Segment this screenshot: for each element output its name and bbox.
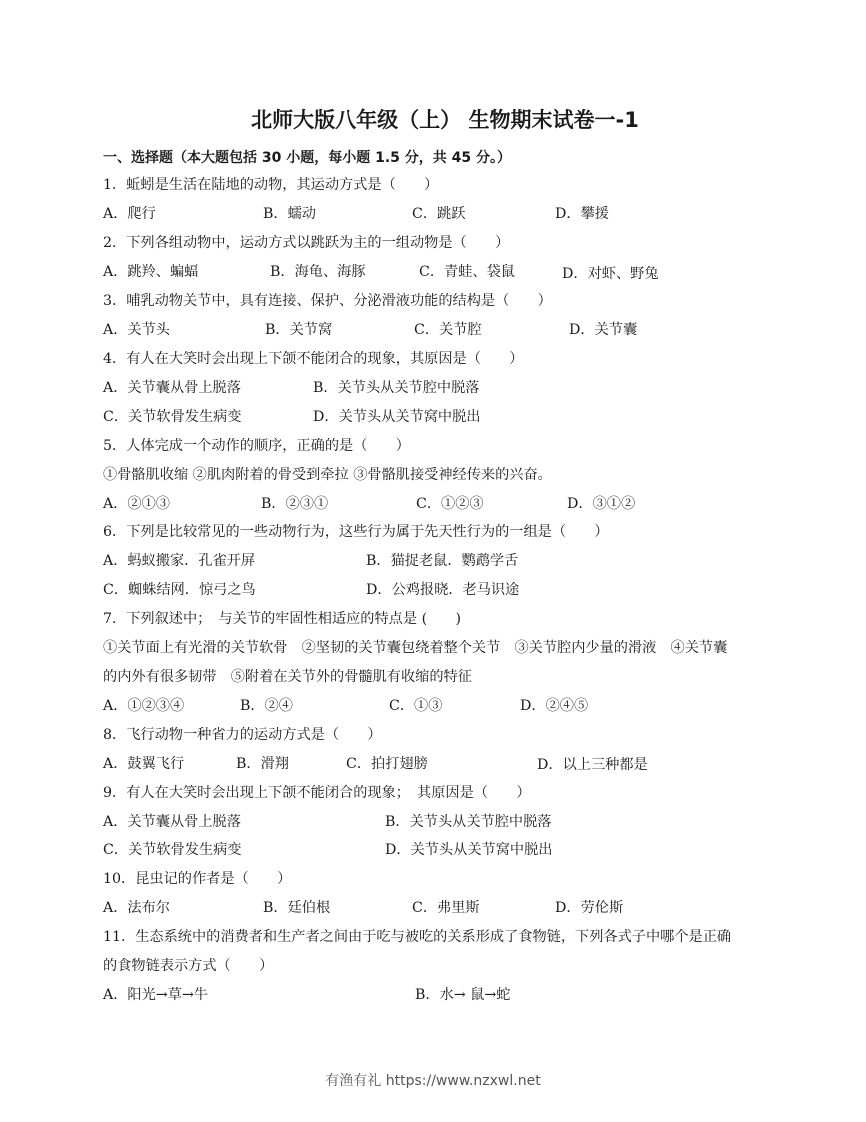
- question-5-option-c: C．①②③: [416, 494, 484, 514]
- question-1-option-d: D．攀援: [555, 204, 609, 224]
- question-7-option-b: B．②④: [240, 696, 293, 716]
- question-4-option-d: D．关节头从关节窝中脱出: [313, 407, 480, 427]
- question-7-statements-line-1: ①关节面上有光滑的关节软骨 ②坚韧的关节囊包绕着整个关节 ③关节腔内少量的滑液 …: [103, 638, 727, 658]
- question-1-option-b: B．蠕动: [263, 204, 316, 224]
- question-8-option-d: D．以上三种都是: [537, 755, 648, 775]
- question-10-stem: 10．昆虫记的作者是（ ）: [103, 869, 291, 889]
- question-8-stem: 8．飞行动物一种省力的运动方式是（ ）: [103, 725, 382, 745]
- question-8-option-c: C．拍打翅膀: [346, 754, 428, 774]
- question-9-option-c: C．关节软骨发生病变: [103, 840, 242, 860]
- footer-watermark: 有渔有礼 https://www.nzxwl.net: [0, 1070, 866, 1090]
- question-3-option-c: C．关节腔: [414, 320, 482, 340]
- question-3-option-d: D．关节囊: [569, 320, 637, 340]
- question-11-stem-line-1: 11．生态系统中的消费者和生产者之间由于吃与被吃的关系形成了食物链，下列各式子中…: [103, 927, 731, 947]
- question-2-option-d: D．对虾、野兔: [562, 264, 659, 284]
- question-1-option-c: C．跳跃: [412, 204, 465, 224]
- question-9-option-d: D．关节头从关节窝中脱出: [385, 840, 552, 860]
- question-3-stem: 3．哺乳动物关节中，具有连接、保护、分泌滑液功能的结构是（ ）: [103, 291, 552, 311]
- question-4-stem: 4．有人在大笑时会出现上下颌不能闭合的现象，其原因是（ ）: [103, 349, 523, 369]
- question-10-option-a: A．法布尔: [103, 898, 170, 918]
- question-9-option-b: B．关节头从关节腔中脱落: [385, 812, 552, 832]
- question-7-option-d: D．②④⑤: [520, 696, 588, 716]
- question-8-option-a: A．鼓翼飞行: [103, 754, 184, 774]
- question-6-option-a: A．蚂蚁搬家．孔雀开屏: [103, 551, 255, 571]
- question-4-option-b: B．关节头从关节腔中脱落: [313, 378, 480, 398]
- question-6-option-c: C．蜘蛛结网．惊弓之鸟: [103, 580, 256, 600]
- exam-page: 北师大版八年级（上） 生物期末试卷一-1 一、选择题（本大题包括 30 小题，每…: [0, 0, 866, 1122]
- question-6-option-b: B．猫捉老鼠．鹦鹉学舌: [366, 551, 518, 571]
- question-2-option-a: A．跳羚、蝙蝠: [103, 262, 198, 282]
- question-1-stem: 1．蚯蚓是生活在陆地的动物，其运动方式是（ ）: [103, 175, 438, 195]
- question-4-option-a: A．关节囊从骨上脱落: [103, 378, 241, 398]
- page-title: 北师大版八年级（上） 生物期末试卷一-1: [0, 104, 866, 134]
- question-6-option-d: D．公鸡报晓．老马识途: [366, 580, 519, 600]
- question-7-stem: 7．下列叙述中； 与关节的牢固性相适应的特点是 ( ): [103, 609, 461, 629]
- question-5-statements: ①骨骼肌收缩 ②肌肉附着的骨受到牵拉 ③骨骼肌接受神经传来的兴奋。: [103, 465, 552, 485]
- question-7-statements-line-2: 的内外有很多韧带 ⑤附着在关节外的骨髓肌有收缩的特征: [103, 667, 472, 687]
- question-10-option-b: B．廷伯根: [263, 898, 330, 918]
- question-3-option-a: A．关节头: [103, 320, 170, 340]
- section-heading: 一、选择题（本大题包括 30 小题，每小题 1.5 分，共 45 分。）: [103, 147, 511, 167]
- question-4-option-c: C．关节软骨发生病变: [103, 407, 242, 427]
- question-7-option-c: C．①③: [389, 696, 442, 716]
- question-3-option-b: B．关节窝: [265, 320, 332, 340]
- question-10-option-d: D．劳伦斯: [555, 898, 623, 918]
- question-2-option-b: B．海龟、海豚: [270, 262, 366, 282]
- question-11-stem-line-2: 的食物链表示方式（ ）: [103, 956, 273, 976]
- question-2-option-c: C．青蛙、袋鼠: [419, 262, 515, 282]
- question-11-option-b: B．水→ 鼠→蛇: [415, 985, 510, 1005]
- question-10-option-c: C．弗里斯: [412, 898, 480, 918]
- question-7-option-a: A．①②③④: [103, 696, 184, 716]
- question-5-option-a: A．②①③: [103, 494, 170, 514]
- question-6-stem: 6．下列是比较常见的一些动物行为，这些行为属于先天性行为的一组是（ ）: [103, 522, 609, 542]
- question-9-stem: 9．有人在大笑时会出现上下颌不能闭合的现象； 其原因是（ ）: [103, 783, 531, 803]
- question-11-option-a: A．阳光→草→牛: [103, 985, 208, 1005]
- question-5-stem: 5．人体完成一个动作的顺序，正确的是（ ）: [103, 436, 410, 456]
- question-9-option-a: A．关节囊从骨上脱落: [103, 812, 241, 832]
- question-2-stem: 2．下列各组动物中，运动方式以跳跃为主的一组动物是（ ）: [103, 233, 509, 253]
- question-8-option-b: B．滑翔: [236, 754, 289, 774]
- question-1-option-a: A．爬行: [103, 204, 156, 224]
- question-5-option-d: D．③①②: [567, 494, 635, 514]
- question-5-option-b: B．②③①: [261, 494, 328, 514]
